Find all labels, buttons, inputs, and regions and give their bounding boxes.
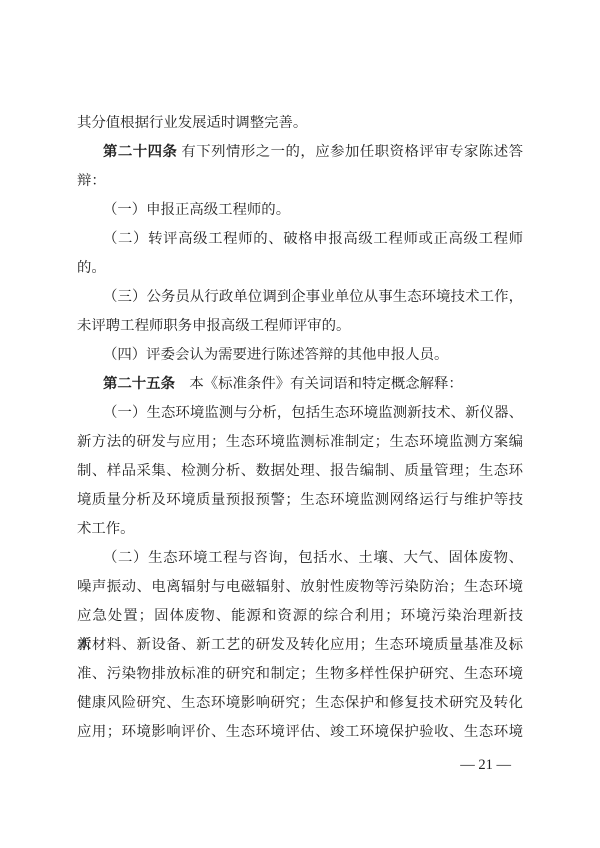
line-text: 其分值根据行业发展适时调整完善。 — [77, 115, 307, 131]
text-line: 健康风险研究、生态环境影响研究；生态保护和修复技术研究及转化 — [77, 689, 523, 718]
text-line: 术工作。 — [77, 515, 523, 544]
line-text: 有下列情形之一的，应参加任职资格评审专家陈述答 — [177, 144, 523, 160]
list-item-3-line: （三）公务员从行政单位调到企事业单位从事生态环境技术工作， — [77, 283, 523, 312]
page-footer: — 21 — — [77, 751, 523, 780]
line-text: （一）申报正高级工程师的。 — [103, 202, 290, 218]
article-24-heading-line: 第二十四条 有下列情形之一的，应参加任职资格评审专家陈述答 — [77, 138, 523, 167]
article-25-heading-line: 第二十五条 本《标准条件》有关词语和特定概念解释： — [77, 370, 523, 399]
line-text: 准、污染物排放标准的研究和制定；生物多样性保护研究、生态环境 — [77, 666, 523, 682]
line-text: 术工作。 — [77, 521, 135, 537]
line-text: （三）公务员从行政单位调到企事业单位从事生态环境技术工作， — [103, 289, 523, 305]
line-text: 未评聘工程师职务申报高级工程师评审的。 — [77, 318, 350, 334]
line-text: （二）转评高级工程师的、破格申报高级工程师或正高级工程师 — [103, 231, 523, 247]
document-page: 其分值根据行业发展适时调整完善。 第二十四条 有下列情形之一的，应参加任职资格评… — [0, 0, 600, 848]
text-line: 制、样品采集、检测分析、数据处理、报告编制、质量管理；生态环 — [77, 457, 523, 486]
list-item-1-line: （一）申报正高级工程师的。 — [77, 196, 523, 225]
text-line: 噪声振动、电离辐射与电磁辐射、放射性废物等污染防治；生态环境 — [77, 573, 523, 602]
article-number: 第二十四条 — [103, 144, 177, 160]
text-line: 应用；环境影响评价、生态环境评估、竣工环境保护验收、生态环境 — [77, 718, 523, 747]
line-text: 制、样品采集、检测分析、数据处理、报告编制、质量管理；生态环 — [77, 463, 523, 479]
line-text: 本《标准条件》有关词语和特定概念解释： — [175, 376, 463, 392]
list-item-4-line: （四）评委会认为需要进行陈述答辩的其他申报人员。 — [77, 341, 523, 370]
line-text: 健康风险研究、生态环境影响研究；生态保护和修复技术研究及转化 — [77, 695, 523, 711]
line-text: 新材料、新设备、新工艺的研发及转化应用；生态环境质量基准及标 — [77, 637, 523, 653]
line-text: 应用；环境影响评价、生态环境评估、竣工环境保护验收、生态环境 — [77, 724, 523, 740]
line-text: 境质量分析及环境质量预报预警；生态环境监测网络运行与维护等技 — [77, 492, 523, 508]
text-line: 准、污染物排放标准的研究和制定；生物多样性保护研究、生态环境 — [77, 660, 523, 689]
line-text: （二）生态环境工程与咨询，包括水、土壤、大气、固体废物、 — [103, 550, 523, 566]
page-number: — 21 — — [460, 757, 511, 773]
text-line: 境质量分析及环境质量预报预警；生态环境监测网络运行与维护等技 — [77, 486, 523, 515]
text-line: 其分值根据行业发展适时调整完善。 — [77, 109, 523, 138]
line-text: 新方法的研发与应用；生态环境监测标准制定；生态环境监测方案编 — [77, 434, 523, 450]
definition-1-line: （一）生态环境监测与分析，包括生态环境监测新技术、新仪器、 — [77, 399, 523, 428]
line-text: 噪声振动、电离辐射与电磁辐射、放射性废物等污染防治；生态环境 — [77, 579, 523, 595]
text-line: 新材料、新设备、新工艺的研发及转化应用；生态环境质量基准及标 — [77, 631, 523, 660]
article-number: 第二十五条 — [103, 376, 175, 392]
line-text: 辩： — [77, 173, 106, 189]
line-text: 的。 — [77, 260, 106, 276]
document-body: 其分值根据行业发展适时调整完善。 第二十四条 有下列情形之一的，应参加任职资格评… — [77, 109, 523, 747]
definition-2-line: （二）生态环境工程与咨询，包括水、土壤、大气、固体废物、 — [77, 544, 523, 573]
text-line: 辩： — [77, 167, 523, 196]
text-line: 未评聘工程师职务申报高级工程师评审的。 — [77, 312, 523, 341]
text-line: 应急处置；固体废物、能源和资源的综合利用；环境污染治理新技术、 — [77, 602, 523, 631]
line-text: （四）评委会认为需要进行陈述答辩的其他申报人员。 — [103, 347, 448, 363]
line-text: （一）生态环境监测与分析，包括生态环境监测新技术、新仪器、 — [103, 405, 523, 421]
text-line: 新方法的研发与应用；生态环境监测标准制定；生态环境监测方案编 — [77, 428, 523, 457]
list-item-2-line: （二）转评高级工程师的、破格申报高级工程师或正高级工程师 — [77, 225, 523, 254]
text-line: 的。 — [77, 254, 523, 283]
